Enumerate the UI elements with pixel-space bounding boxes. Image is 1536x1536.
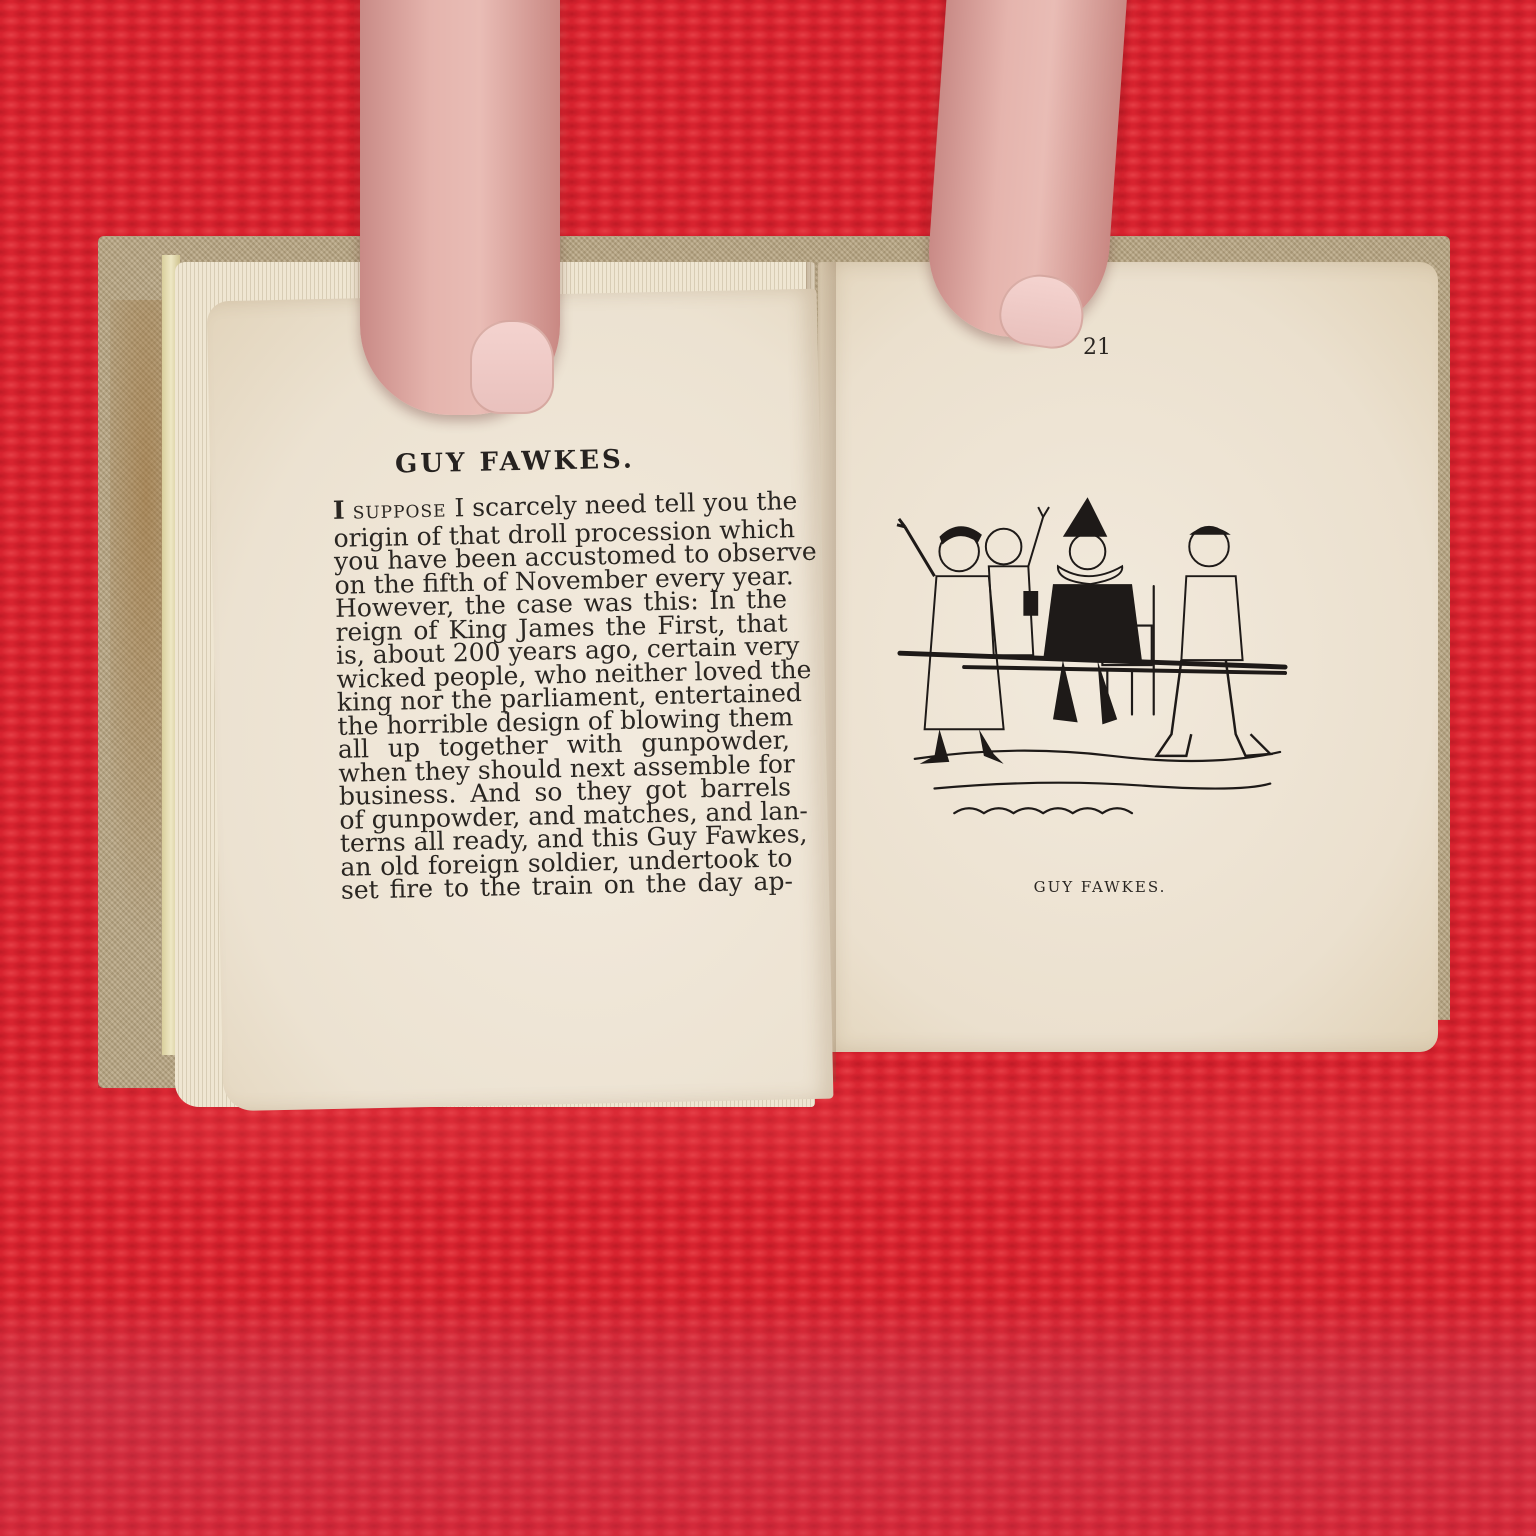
illustration-caption: GUY FAWKES. — [990, 878, 1210, 896]
left-fingernail — [470, 320, 554, 414]
cloth-pattern-band — [0, 1290, 1536, 1536]
dropcap: I — [333, 496, 345, 525]
text-line: set fire to the train on the day ap- — [341, 869, 793, 902]
woodcut-illustration-icon — [895, 495, 1290, 845]
body-text: I SUPPOSE I scarcely need tell you the o… — [333, 489, 793, 902]
page-number: 21 — [1083, 335, 1111, 360]
chapter-title: GUY FAWKES. — [210, 441, 820, 484]
smallcaps-word: SUPPOSE — [353, 501, 447, 523]
